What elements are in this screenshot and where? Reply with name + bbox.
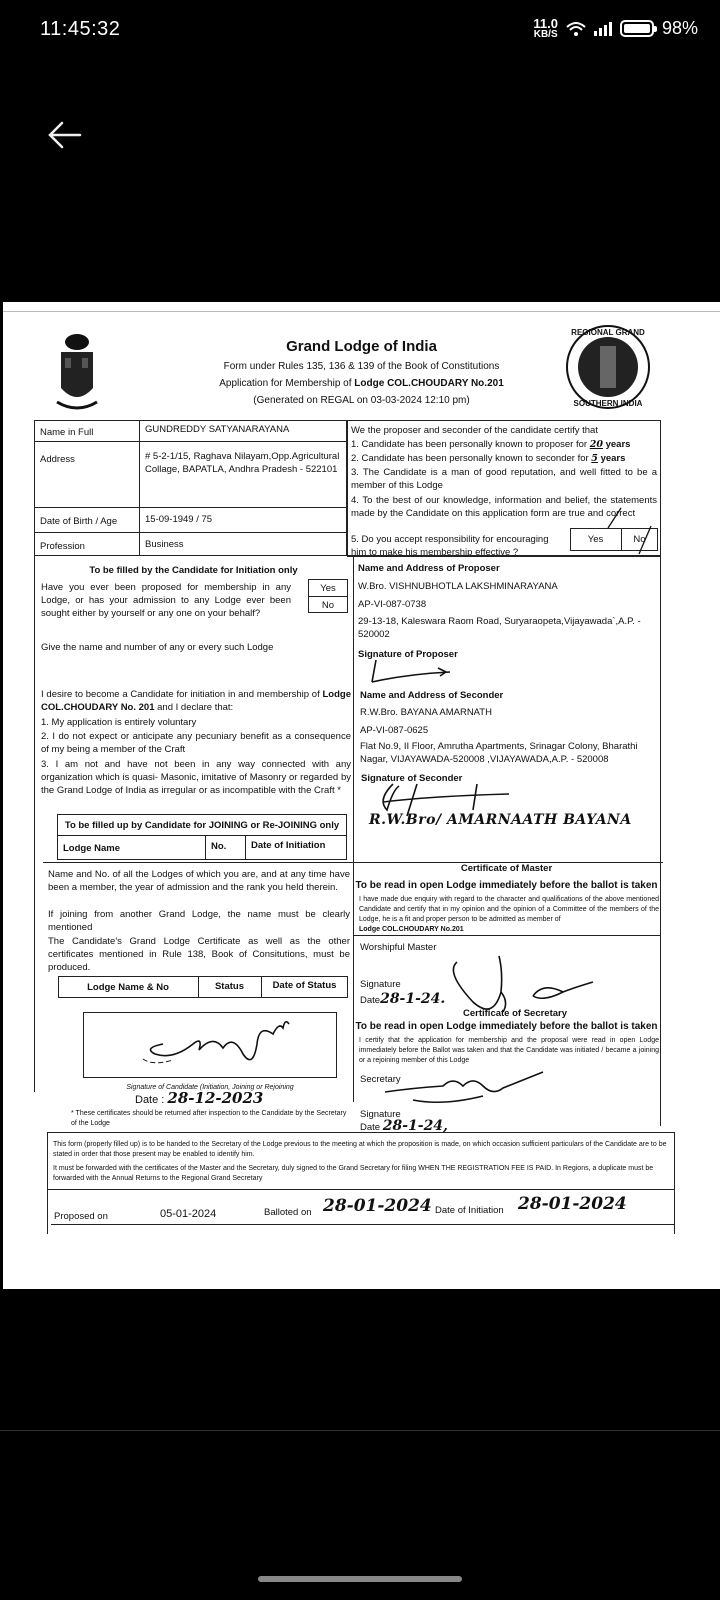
candidate-address: # 5-2-1/15, Raghava Nilayam,Opp.Agricult…	[145, 450, 340, 476]
candidate-signature	[133, 1014, 293, 1076]
proposer-signature	[368, 658, 458, 686]
candidate-profession: Business	[145, 538, 184, 551]
page-edge	[3, 302, 720, 312]
network-speed: 11.0 KB/S	[533, 18, 558, 39]
wifi-icon	[566, 21, 586, 37]
svg-text:SOUTHERN INDIA: SOUTHERN INDIA	[574, 399, 643, 408]
candidate-dob: 15-09-1949 / 75	[145, 513, 212, 526]
seconder-name: R.W.Bro. BAYANA AMARNATH	[360, 706, 492, 719]
status-bar: 11:45:32 11.0 KB/S 98%	[0, 0, 720, 64]
candidate-signature-date: 28-12-2023	[167, 1089, 263, 1107]
status-icons: 11.0 KB/S 98%	[533, 18, 698, 39]
divider	[0, 1430, 720, 1431]
proposer-name: W.Bro. VISHNUBHOTLA LAKSHMINARAYANA	[358, 580, 558, 593]
seconder-reg: AP-VI-087-0625	[360, 724, 428, 737]
battery-icon	[620, 20, 654, 37]
document-image[interactable]: Grand Lodge of India Form under Rules 13…	[3, 302, 720, 1289]
svg-text:REGIONAL GRAND: REGIONAL GRAND	[571, 328, 645, 337]
status-time: 11:45:32	[40, 18, 120, 41]
proposer-address: 29-13-18, Kaleswara Raom Road, Suryaraop…	[358, 615, 658, 641]
battery-percent: 98%	[662, 18, 698, 39]
proposer-years: 20	[590, 439, 603, 450]
regional-seal-logo: REGIONAL GRAND SOUTHERN INDIA	[565, 324, 651, 410]
proposed-date: 05-01-2024	[160, 1208, 216, 1221]
signal-icon	[594, 22, 612, 36]
seconder-address: Flat No.9, II Floor, Amrutha Apartments,…	[360, 740, 660, 766]
home-indicator[interactable]	[258, 1576, 462, 1582]
initiation-date: 28-01-2024	[518, 1198, 627, 1211]
secretary-signature	[383, 1070, 553, 1110]
master-date: 28-1-24.	[380, 991, 445, 1007]
checkmark-icon	[603, 506, 663, 558]
proposer-reg: AP-VI-087-0738	[358, 598, 426, 611]
arrow-left-icon[interactable]	[44, 118, 84, 152]
seconder-handwritten-name: R.W.Bro/ AMARNAATH BAYANA	[369, 814, 632, 827]
candidate-name: GUNDREDDY SATYANARAYANA	[145, 423, 289, 436]
seconder-years: 5	[591, 453, 598, 464]
balloted-date: 28-01-2024	[323, 1200, 432, 1213]
